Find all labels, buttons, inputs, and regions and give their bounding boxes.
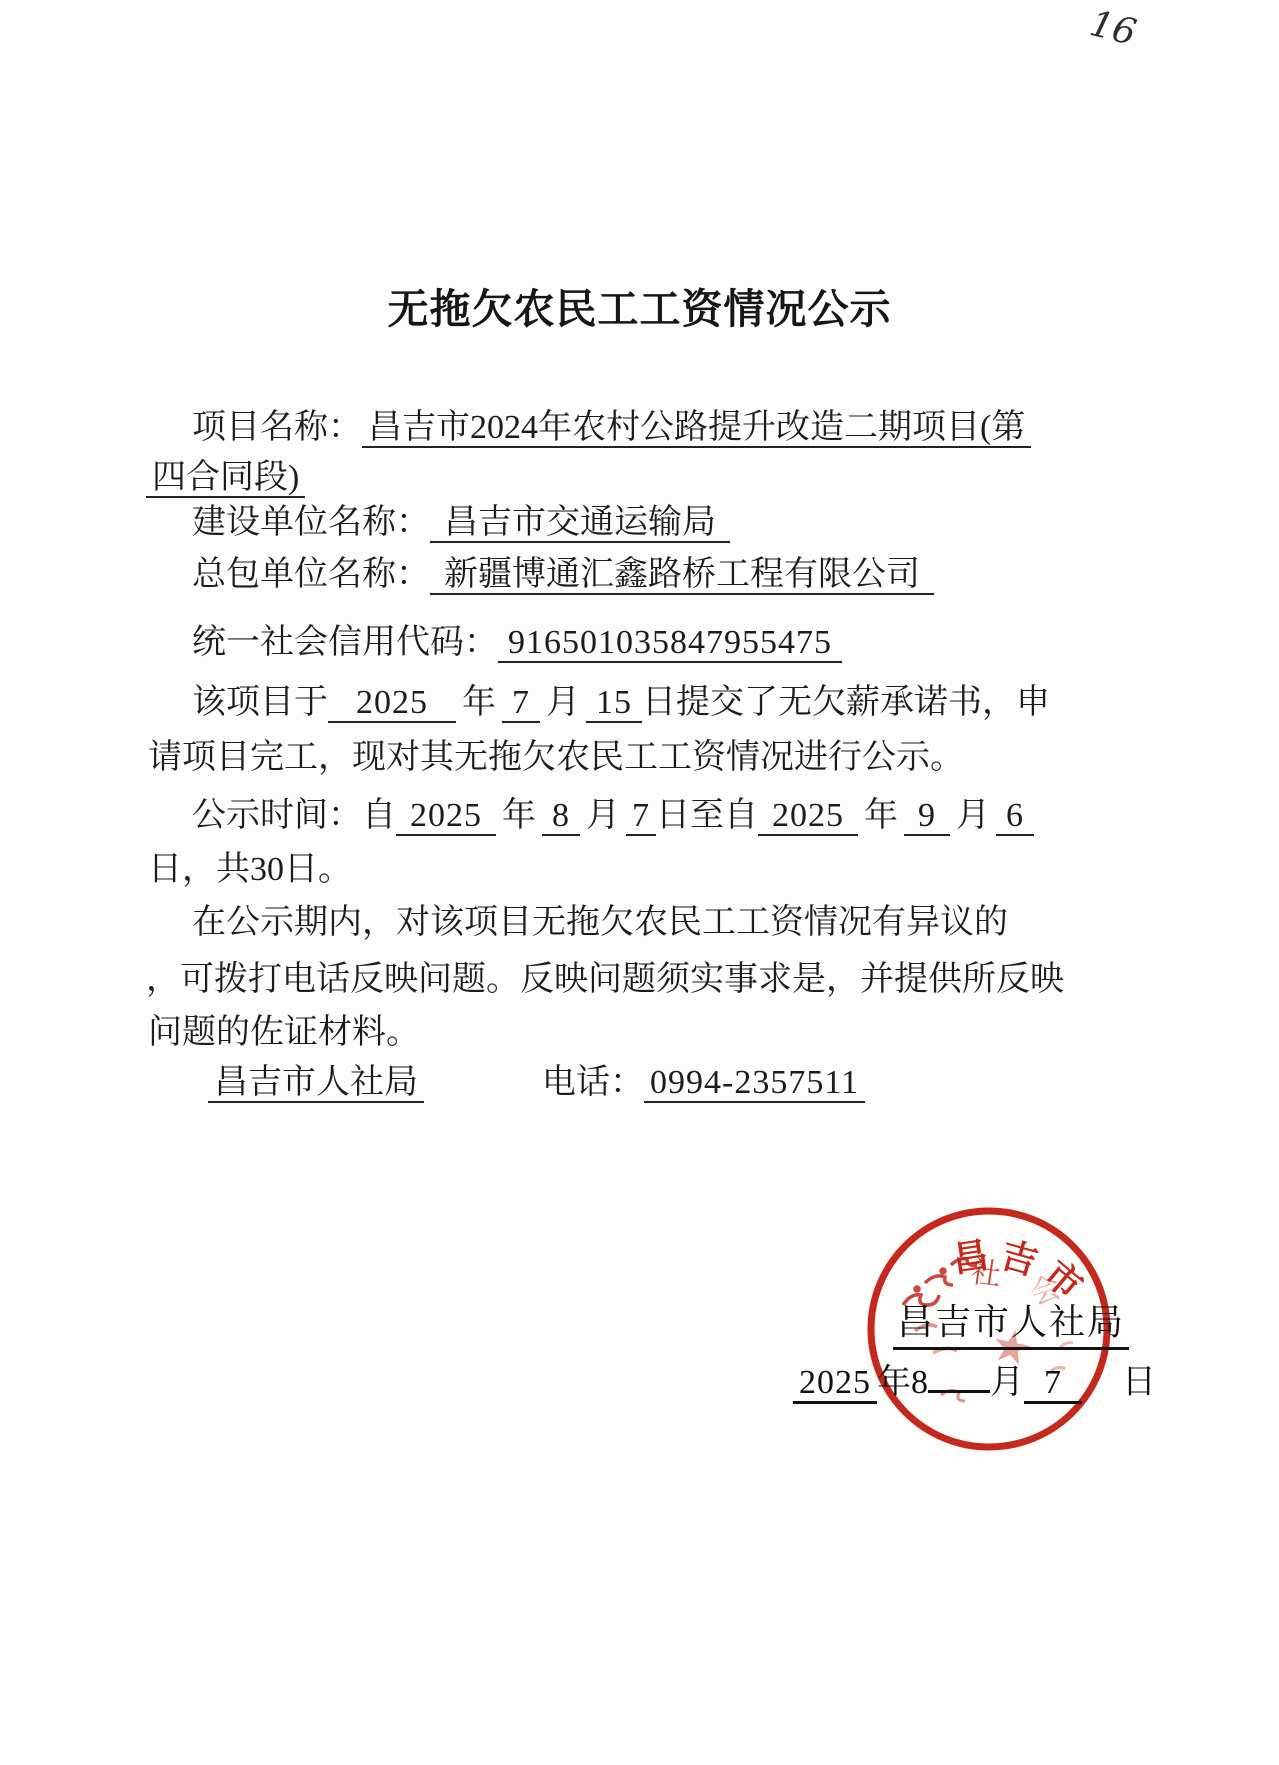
credit-code-line: 统一社会信用代码：916501035847955475	[192, 620, 842, 666]
submission-month-unit: 月	[546, 684, 580, 721]
contact-agency: 昌吉市人社局	[208, 1064, 424, 1103]
objection-line2: ，可拨打电话反映问题。反映问题须实事求是，并提供所反映	[146, 957, 1064, 1003]
credit-code-label: 统一社会信用代码：	[192, 624, 498, 661]
seal-date-line: 2025年8月7日	[793, 1350, 1156, 1403]
project-name-value-part1: 昌吉市2024年农村公路提升改造二期项目(第	[362, 409, 1031, 448]
publicity-start-year-unit: 年	[502, 797, 536, 834]
contractor-unit-line: 总包单位名称：新疆博通汇鑫路桥工程有限公司	[192, 552, 934, 598]
seal-date-day-char: 日	[1122, 1364, 1156, 1401]
contractor-unit-value: 新疆博通汇鑫路桥工程有限公司	[430, 556, 934, 595]
seal-date-year-month: 年8	[877, 1364, 928, 1401]
credit-code-value: 916501035847955475	[498, 624, 842, 663]
submission-year: 2025	[328, 684, 456, 723]
project-name-label: 项目名称：	[192, 409, 362, 446]
publicity-start-month-unit: 月	[586, 797, 620, 834]
publicity-start-year: 2025	[396, 797, 496, 836]
publicity-end-year-unit: 年	[864, 797, 898, 834]
publicity-start-month: 8	[542, 797, 580, 836]
project-name-line2: 四合同段)	[146, 455, 305, 501]
project-name-line1: 项目名称：昌吉市2024年农村公路提升改造二期项目(第	[192, 405, 1031, 451]
phone-number: 0994-2357511	[644, 1064, 865, 1103]
publicity-end-day: 6	[996, 797, 1034, 836]
document-title: 无拖欠农民工工资情况公示	[0, 276, 1279, 335]
seal-date-day: 7	[1024, 1364, 1082, 1404]
project-name-value-part2: 四合同段)	[146, 459, 305, 498]
seal-date-blank1	[928, 1350, 990, 1393]
publicity-start-day: 7	[626, 797, 656, 836]
submission-line1: 该项目于2025年7月15日提交了无欠薪承诺书，申	[192, 680, 1050, 726]
phone-label: 电话：	[542, 1064, 644, 1101]
handwritten-page-number: 16	[1086, 3, 1140, 54]
seal-typed-agency: 昌吉市人社局	[893, 1294, 1129, 1350]
publicity-period-line2: 日，共30日。	[148, 847, 352, 893]
contact-line: 昌吉市人社局电话：0994-2357511	[208, 1060, 865, 1106]
submission-prefix: 该项目于	[192, 684, 328, 721]
construction-unit-value: 昌吉市交通运输局	[430, 504, 730, 543]
seal-date-year: 2025	[793, 1364, 877, 1404]
seal-inner-char: 社	[969, 1255, 1003, 1292]
scanned-document-page: 16 无拖欠农民工工资情况公示 项目名称：昌吉市2024年农村公路提升改造二期项…	[0, 0, 1279, 1765]
contractor-unit-label: 总包单位名称：	[192, 556, 430, 593]
submission-year-unit: 年	[462, 684, 496, 721]
objection-line3: 问题的佐证材料。	[148, 1010, 420, 1056]
publicity-prefix: 公示时间：自	[192, 797, 396, 834]
submission-suffix: 日提交了无欠薪承诺书，申	[642, 684, 1050, 721]
publicity-period-line1: 公示时间：自2025年8月7日至自2025年9月6	[192, 793, 1034, 839]
publicity-end-year: 2025	[758, 797, 858, 836]
submission-line2: 请项目完工，现对其无拖欠农民工工资情况进行公示。	[148, 735, 964, 781]
construction-unit-label: 建设单位名称：	[192, 504, 430, 541]
submission-month: 7	[502, 684, 540, 723]
construction-unit-line: 建设单位名称：昌吉市交通运输局	[192, 500, 730, 546]
objection-line1: 在公示期内，对该项目无拖欠农民工工资情况有异议的	[192, 900, 1008, 946]
seal-date-month-char: 月	[990, 1364, 1024, 1401]
publicity-end-month: 9	[904, 797, 950, 836]
publicity-mid: 日至自	[656, 797, 758, 834]
submission-day: 15	[586, 684, 642, 723]
publicity-end-month-unit: 月	[956, 797, 990, 834]
